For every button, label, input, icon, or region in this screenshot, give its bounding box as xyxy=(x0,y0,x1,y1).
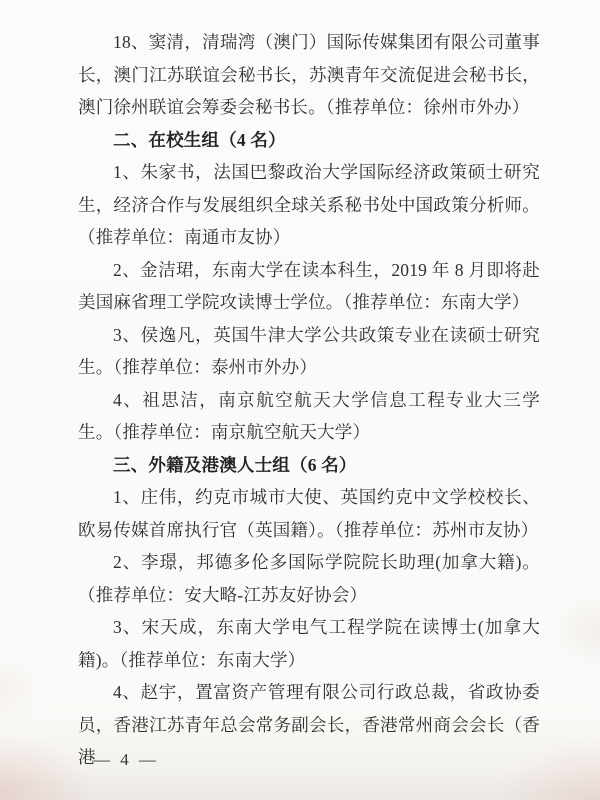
paragraph: 4、祖思洁，南京航空航天大学信息工程专业大三学生。（推荐单位：南京航空航天大学） xyxy=(78,384,540,449)
paragraph: 1、朱家书，法国巴黎政治大学国际经济政策硕士研究生，经济合作与发展组织全球关系秘… xyxy=(78,156,540,254)
paragraph: 3、宋天成，东南大学电气工程学院在读博士(加拿大籍)。（推荐单位：东南大学） xyxy=(78,611,540,676)
section-heading: 二、在校生组（4 名） xyxy=(78,124,540,157)
paragraph: 2、李璟，邦德多伦多国际学院院长助理(加拿大籍)。（推荐单位：安大略-江苏友好协… xyxy=(78,546,540,611)
scanned-page: 18、窦清，清瑞湾（澳门）国际传媒集团有限公司董事长，澳门江苏联谊会秘书长，苏澳… xyxy=(0,0,600,800)
paragraph: 2、金洁珺，东南大学在读本科生，2019 年 8 月即将赴美国麻省理工学院攻读博… xyxy=(78,254,540,319)
section-heading: 三、外籍及港澳人士组（6 名） xyxy=(78,449,540,482)
paragraph: 18、窦清，清瑞湾（澳门）国际传媒集团有限公司董事长，澳门江苏联谊会秘书长，苏澳… xyxy=(78,26,540,124)
document-body: 18、窦清，清瑞湾（澳门）国际传媒集团有限公司董事长，澳门江苏联谊会秘书长，苏澳… xyxy=(78,26,540,774)
paragraph: 3、侯逸凡，英国牛津大学公共政策专业在读硕士研究生。（推荐单位：泰州市外办） xyxy=(78,319,540,384)
page-number: — 4 — xyxy=(93,750,159,770)
paragraph: 1、庄伟，约克市城市大使、英国约克中文学校校长、欧易传媒首席执行官（英国籍）。（… xyxy=(78,481,540,546)
